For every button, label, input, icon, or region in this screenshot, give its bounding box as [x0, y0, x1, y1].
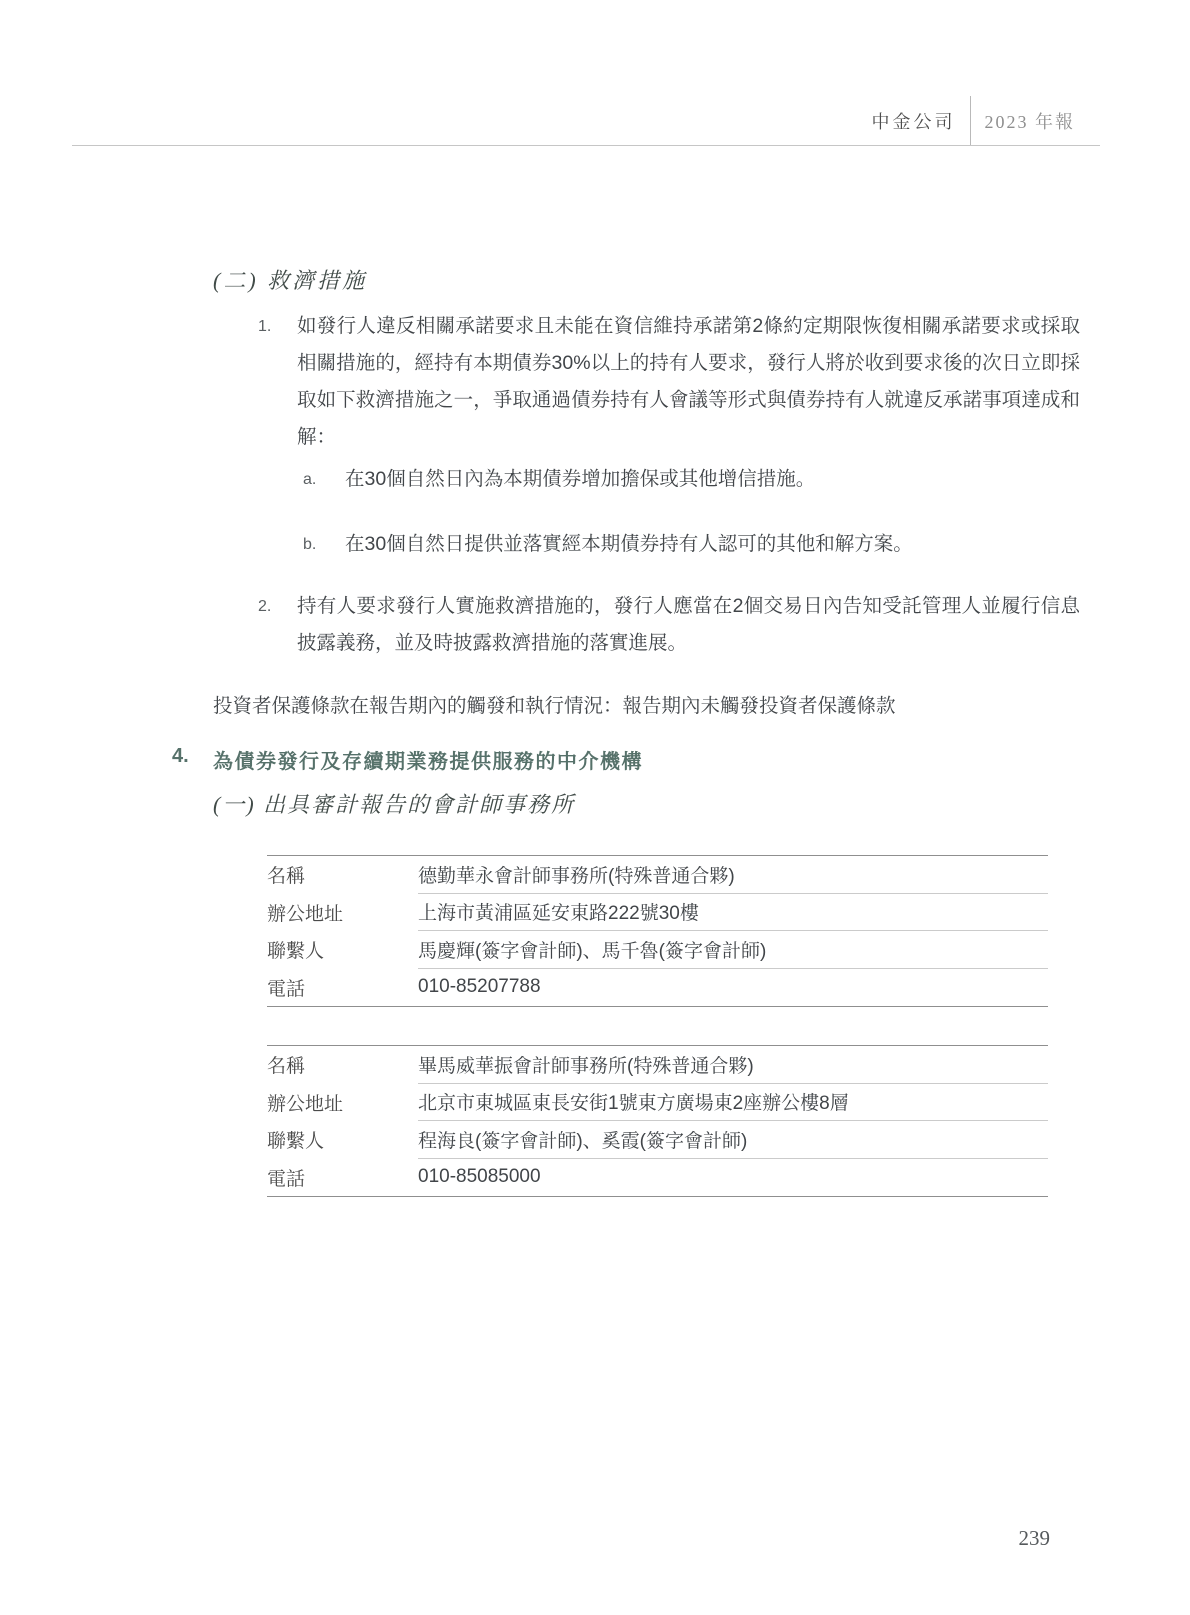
remedy-sub-a: a. 在30個自然日內為本期債券增加擔保或其他增信措施。	[303, 461, 1080, 498]
auditor-sub-heading: (一) 出具審計報告的會計師事務所	[213, 788, 575, 819]
item-number: 2.	[258, 588, 297, 625]
table-row: 電話 010-85207788	[267, 969, 1048, 1007]
table-row: 聯繫人 程海良(簽字會計師)、奚霞(簽字會計師)	[267, 1121, 1048, 1159]
report-year: 2023 年報	[985, 108, 1076, 134]
row-label: 電話	[267, 1159, 418, 1197]
header-rule	[72, 145, 1100, 146]
remedy-item-1: 1. 如發行人違反相關承諾要求且未能在資信維持承諾第2條約定期限恢復相關承諾要求…	[258, 308, 1080, 456]
section-title: 為債券發行及存續期業務提供服務的中介機構	[213, 745, 643, 774]
company-name: 中金公司	[872, 108, 956, 134]
item-text: 在30個自然日內為本期債券增加擔保或其他增信措施。	[345, 461, 815, 498]
row-value: 010-85085000	[418, 1159, 1048, 1197]
item-number: a.	[303, 461, 345, 498]
auditor-table-deloitte: 名稱 德勤華永會計師事務所(特殊普通合夥) 辦公地址 上海市黃浦區延安東路222…	[267, 855, 1048, 1007]
item-number: b.	[303, 526, 345, 563]
table-row: 電話 010-85085000	[267, 1159, 1048, 1197]
row-value: 程海良(簽字會計師)、奚霞(簽字會計師)	[418, 1121, 1048, 1159]
row-value: 馬慶輝(簽字會計師)、馬千魯(簽字會計師)	[418, 931, 1048, 969]
remedy-sub-b: b. 在30個自然日提供並落實經本期債券持有人認可的其他和解方案。	[303, 526, 1080, 563]
header-divider	[970, 96, 971, 146]
row-label: 電話	[267, 969, 418, 1007]
row-label: 辦公地址	[267, 1084, 418, 1122]
row-value: 010-85207788	[418, 969, 1048, 1007]
table-row: 辦公地址 北京市東城區東長安街1號東方廣場東2座辦公樓8層	[267, 1084, 1048, 1122]
report-page: 中金公司 2023 年報 (二) 救濟措施 1. 如發行人違反相關承諾要求且未能…	[0, 0, 1190, 1615]
row-value: 畢馬威華振會計師事務所(特殊普通合夥)	[418, 1046, 1048, 1084]
row-label: 聯繫人	[267, 1121, 418, 1159]
investor-protection-note: 投資者保護條款在報告期內的觸發和執行情況：報告期內未觸發投資者保護條款	[213, 688, 896, 725]
row-value: 上海市黃浦區延安東路222號30樓	[418, 894, 1048, 932]
item-number: 1.	[258, 308, 297, 345]
row-label: 聯繫人	[267, 931, 418, 969]
row-label: 名稱	[267, 1046, 418, 1084]
row-label: 辦公地址	[267, 894, 418, 932]
remedy-section-heading: (二) 救濟措施	[213, 264, 367, 295]
section-4-heading: 4. 為債券發行及存續期業務提供服務的中介機構	[172, 745, 643, 774]
page-number: 239	[1000, 1526, 1050, 1551]
row-label: 名稱	[267, 856, 418, 894]
table-row: 辦公地址 上海市黃浦區延安東路222號30樓	[267, 894, 1048, 932]
section-number: 4.	[172, 745, 213, 774]
item-text: 持有人要求發行人實施救濟措施的，發行人應當在2個交易日內告知受託管理人並履行信息…	[297, 588, 1080, 662]
item-text: 在30個自然日提供並落實經本期債券持有人認可的其他和解方案。	[345, 526, 913, 563]
auditor-table-kpmg: 名稱 畢馬威華振會計師事務所(特殊普通合夥) 辦公地址 北京市東城區東長安街1號…	[267, 1045, 1048, 1197]
page-header: 中金公司 2023 年報	[872, 96, 1076, 146]
item-text: 如發行人違反相關承諾要求且未能在資信維持承諾第2條約定期限恢復相關承諾要求或採取…	[297, 308, 1080, 456]
table-row: 名稱 德勤華永會計師事務所(特殊普通合夥)	[267, 856, 1048, 894]
row-value: 北京市東城區東長安街1號東方廣場東2座辦公樓8層	[418, 1084, 1048, 1122]
table-row: 名稱 畢馬威華振會計師事務所(特殊普通合夥)	[267, 1046, 1048, 1084]
remedy-item-2: 2. 持有人要求發行人實施救濟措施的，發行人應當在2個交易日內告知受託管理人並履…	[258, 588, 1080, 662]
table-row: 聯繫人 馬慶輝(簽字會計師)、馬千魯(簽字會計師)	[267, 931, 1048, 969]
row-value: 德勤華永會計師事務所(特殊普通合夥)	[418, 856, 1048, 894]
